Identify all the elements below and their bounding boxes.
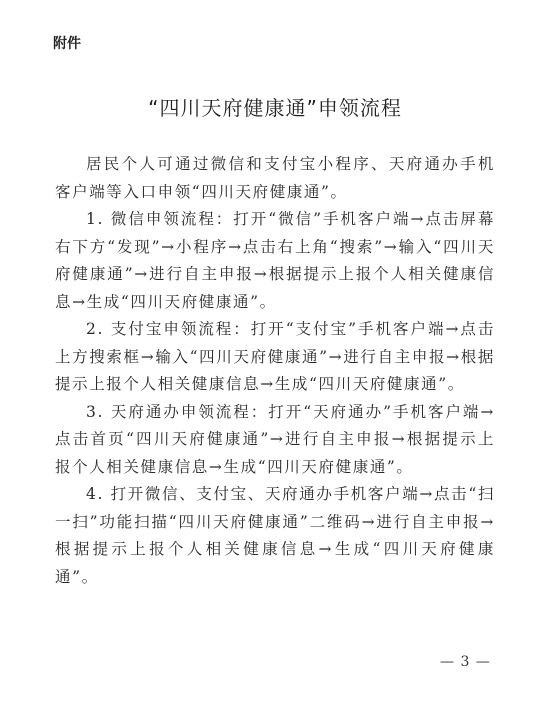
wechat-steps-paragraph: 1. 微信申领流程：打开“微信”手机客户端→点击屏幕右下方“发现”→小程序→点击… bbox=[55, 206, 495, 316]
document-body: 居民个人可通过微信和支付宝小程序、天府通办手机客户端等入口申领“四川天府健康通”… bbox=[55, 151, 495, 591]
attachment-label: 附件 bbox=[53, 33, 81, 53]
document-page: 附件 “四川天府健康通”申领流程 居民个人可通过微信和支付宝小程序、天府通办手机… bbox=[0, 0, 550, 725]
document-title: “四川天府健康通”申领流程 bbox=[0, 92, 550, 121]
alipay-steps-paragraph: 2. 支付宝申领流程：打开“支付宝”手机客户端→点击上方搜索框→输入“四川天府健… bbox=[55, 316, 495, 399]
intro-paragraph: 居民个人可通过微信和支付宝小程序、天府通办手机客户端等入口申领“四川天府健康通”… bbox=[55, 151, 495, 206]
page-number: — 3 — bbox=[440, 654, 491, 670]
tianfu-steps-paragraph: 3. 天府通办申领流程：打开“天府通办”手机客户端→点击首页“四川天府健康通”→… bbox=[55, 399, 495, 482]
scan-steps-paragraph: 4. 打开微信、支付宝、天府通办手机客户端→点击“扫一扫”功能扫描“四川天府健康… bbox=[55, 481, 495, 591]
